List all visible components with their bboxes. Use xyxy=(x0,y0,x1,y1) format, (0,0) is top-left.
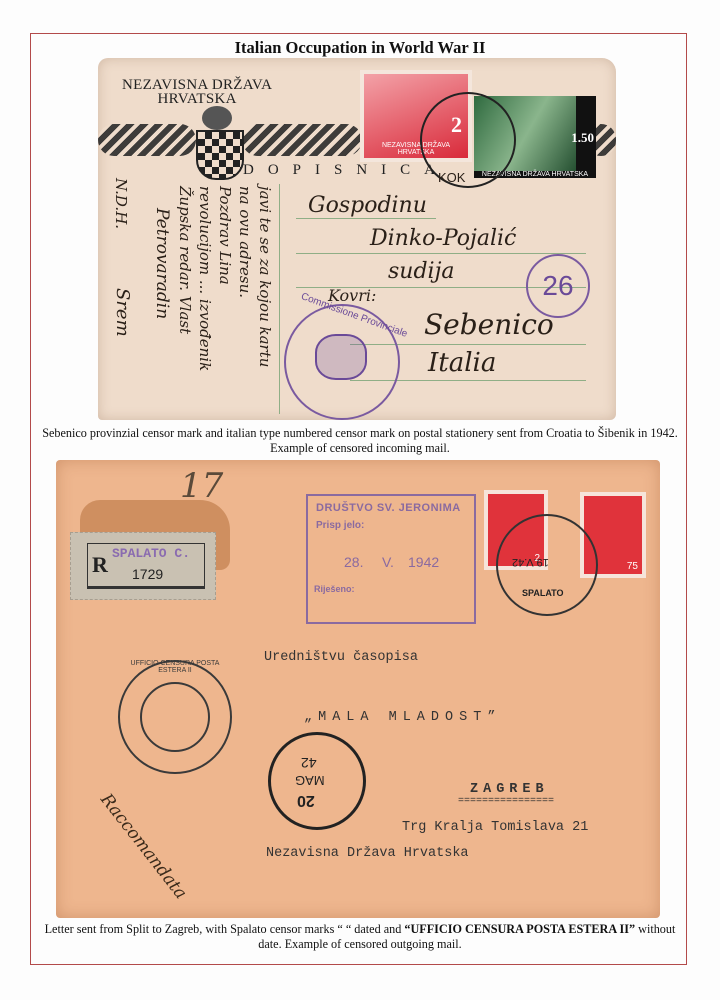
address-line-4: Sebenico xyxy=(424,308,554,341)
typed-address-line: Uredništvu časopisa xyxy=(264,650,418,665)
page-title: Italian Occupation in World War II xyxy=(0,38,720,58)
receipt-date-month: V. xyxy=(382,554,394,570)
spalato-postmark: 19.V.42 SPALATO xyxy=(496,514,598,616)
registration-label: R SPALATO C. 1729 xyxy=(70,532,216,600)
arrival-month: MAG xyxy=(295,773,325,788)
postmark-place: SPALATO xyxy=(522,588,564,598)
registration-letter: R xyxy=(92,552,108,578)
typed-address-line: Trg Kralja Tomislava 21 xyxy=(402,820,588,835)
receipt-date-day: 28. xyxy=(344,554,363,570)
sender-line: Srem xyxy=(112,288,133,368)
address-line-3: sudija xyxy=(388,259,455,284)
postcard-header: NEZAVISNA DRŽAVA HRVATSKA xyxy=(122,78,272,106)
stamp-value: 75 xyxy=(627,561,638,572)
message-line: Župska redar. Vlast xyxy=(176,186,194,416)
typed-address-line: Nezavisna Država Hrvatska xyxy=(266,846,469,861)
address-line-2: Dinko-Pojalić xyxy=(370,226,516,251)
arrival-postmark: 42 MAG 20 xyxy=(268,732,366,830)
message-line: javi te se za kojou kartu xyxy=(256,186,274,416)
sender-line: N.D.H. xyxy=(112,178,130,258)
pencil-number: 17 xyxy=(180,466,223,506)
caption-bold-text: “UFFICIO CENSURA POSTA ESTERA II” xyxy=(404,922,635,936)
postmark-cancel xyxy=(420,92,516,188)
handwritten-raccomandata: Raccomandata xyxy=(96,790,190,903)
provincial-censor-emblem xyxy=(315,334,367,380)
address-line-1: Gospodinu xyxy=(308,193,427,218)
address-line xyxy=(296,253,586,254)
caption-text: Letter sent from Split to Zagreb, with S… xyxy=(45,922,405,936)
message-line: revolucijom ... izvođenik xyxy=(196,186,214,416)
typed-address-line: „MALA MLADOST” xyxy=(304,710,501,725)
typed-address-line: ZAGREB xyxy=(470,782,549,797)
registration-number: 1729 xyxy=(132,566,163,582)
registration-place: SPALATO C. xyxy=(112,546,190,561)
header-line-2: HRVATSKA xyxy=(122,92,272,106)
receipt-stamp-title: DRUŠTVO SV. JERONIMA xyxy=(316,502,461,514)
ufficio-censura-ring: UFFICIO CENSURA POSTA ESTERA II xyxy=(118,660,232,774)
receipt-stamp: DRUŠTVO SV. JERONIMA Prisp jelo: 28. V. … xyxy=(306,494,476,624)
caption-postcard: Sebenico provinzial censor mark and ital… xyxy=(40,426,680,456)
divider-line xyxy=(279,184,280,414)
receipt-stamp-label-2: Riješeno: xyxy=(314,584,355,594)
braid-ornament-left xyxy=(98,124,196,156)
braid-ornament-middle xyxy=(242,124,362,156)
cancel-text: KOK xyxy=(438,170,465,185)
card-type-label: DOPISNICA xyxy=(243,162,449,179)
stamp-value: 1.50 xyxy=(571,130,594,146)
message-line: Pozdrav Lina xyxy=(216,186,234,416)
address-line-5: Italia xyxy=(428,348,496,378)
message-line: na ovu adresu. xyxy=(236,186,254,416)
arrival-year: 42 xyxy=(301,755,317,771)
receipt-stamp-label: Prisp jelo: xyxy=(316,520,364,531)
header-line-1: NEZAVISNA DRŽAVA xyxy=(122,78,272,92)
numbered-censor-mark: 26 xyxy=(526,254,590,318)
postcard-image: NEZAVISNA DRŽAVA HRVATSKA DOPISNICA 2 NE… xyxy=(98,58,616,420)
caption-envelope: Letter sent from Split to Zagreb, with S… xyxy=(40,922,680,952)
crown-emblem-icon xyxy=(202,106,232,130)
ufficio-censura-inner-ring xyxy=(140,682,210,752)
envelope-image: 17 R SPALATO C. 1729 DRUŠTVO SV. JERONIM… xyxy=(56,460,660,918)
arrival-day: 20 xyxy=(297,791,315,809)
typed-address-underline: ================ xyxy=(458,796,554,807)
postmark-date: 19.V.42 xyxy=(512,556,549,568)
message-line: Petrovaradin xyxy=(152,208,172,408)
checkerboard-shield-icon xyxy=(196,130,244,180)
receipt-date-year: 1942 xyxy=(408,554,439,570)
registration-box: R SPALATO C. 1729 xyxy=(87,543,205,589)
censor-ring-text: UFFICIO CENSURA POSTA ESTERA II xyxy=(120,660,230,674)
address-line xyxy=(296,218,436,219)
